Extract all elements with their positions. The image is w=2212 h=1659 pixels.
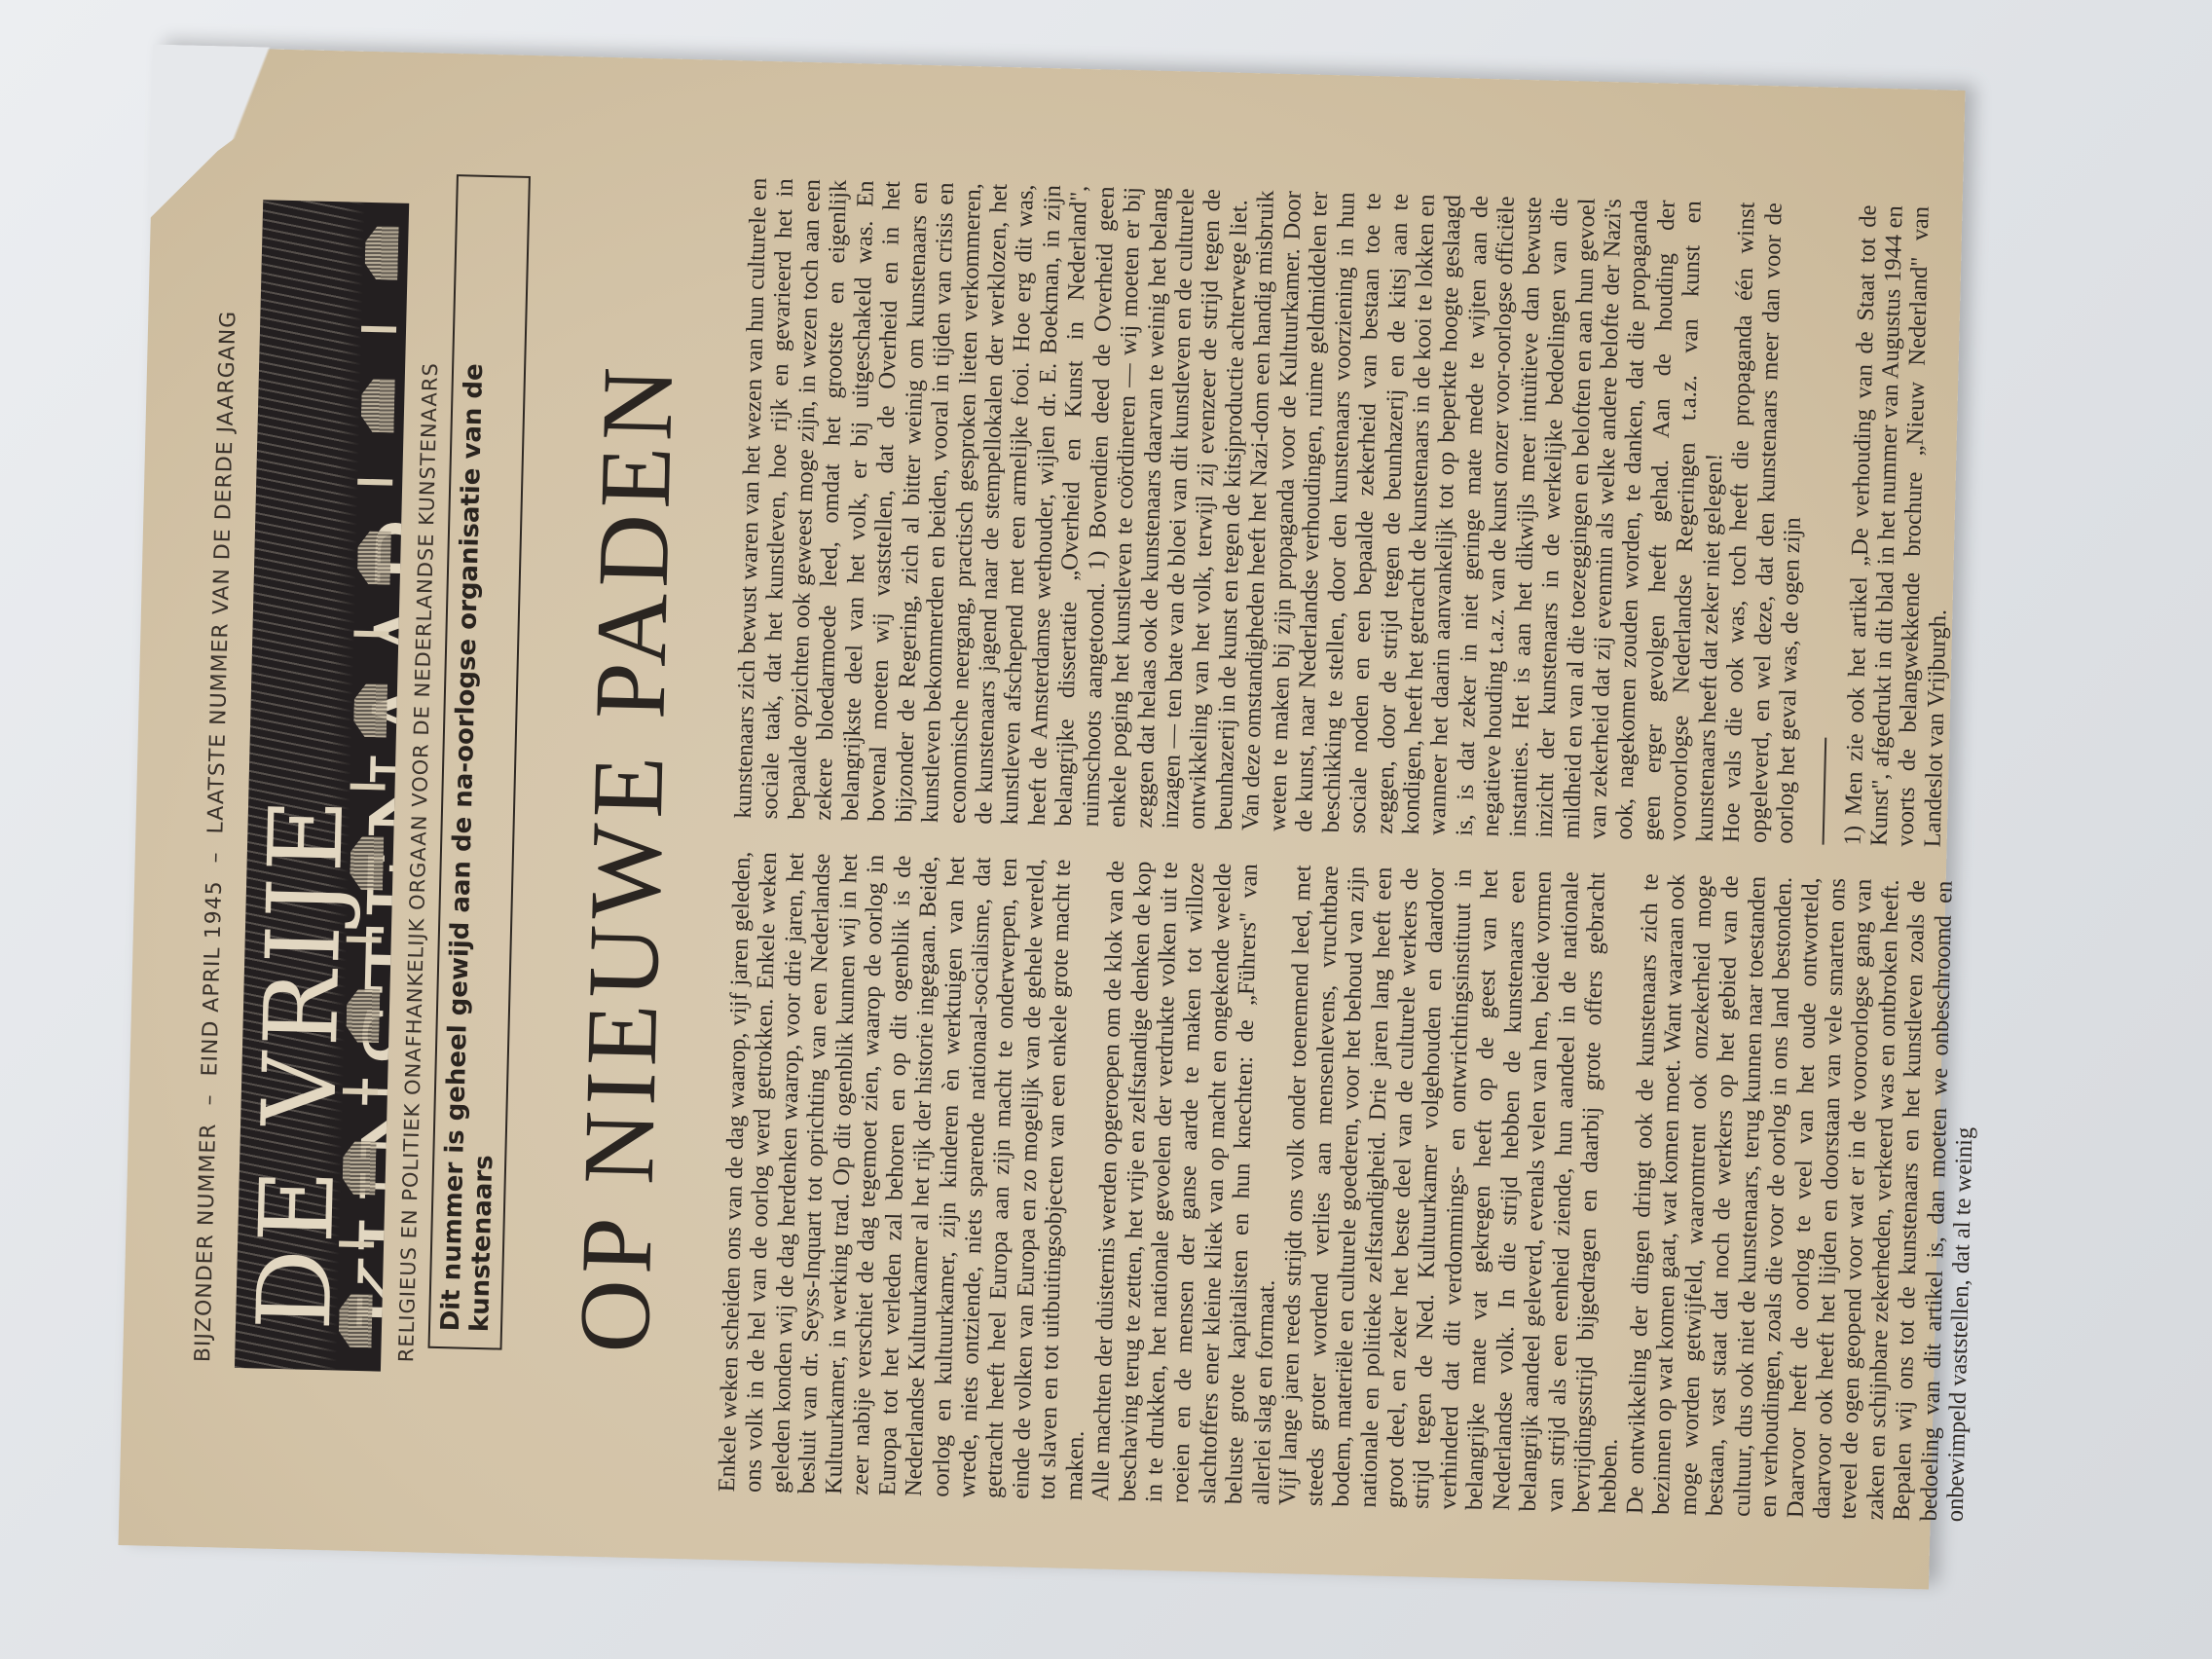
paragraph: Van deze omstandigheden heeft het Nazi-d… — [1237, 190, 1734, 842]
house-icon — [364, 226, 398, 280]
house-icon — [346, 988, 380, 1043]
house-icon — [353, 683, 387, 738]
dedication-box: Dit nummer is geheel gewijd aan de na-oo… — [428, 174, 531, 1349]
house-icon — [339, 1294, 373, 1348]
paragraph: Vijf lange jaren reeds strijdt ons volk … — [1274, 865, 1638, 1514]
issue-date: EIND APRIL 1945 — [198, 880, 227, 1077]
column-right: kunstenaars zich bewust waren van het we… — [730, 177, 2001, 848]
torn-corner — [149, 44, 377, 225]
newspaper-page: BIJZONDER NUMMER – EIND APRIL 1945 – LAA… — [118, 47, 1965, 1590]
footnote-divider — [1822, 738, 1826, 845]
house-icon — [342, 1141, 376, 1196]
issue-line: BIJZONDER NUMMER – EIND APRIL 1945 – LAA… — [191, 165, 244, 1362]
paragraph: Enkele weken scheiden ons van de dag waa… — [714, 851, 1103, 1500]
paragraph: Alle machten der duisternis werden opger… — [1088, 861, 1290, 1505]
paragraph: kunstenaars zich bewust waren van het we… — [730, 177, 1253, 830]
masthead-woodcut: DE VRIJE KUNSTENAAR — [235, 200, 409, 1371]
article-headline: OP NIEUWE PADEN — [556, 173, 701, 1354]
column-left: Enkele weken scheiden ons van de dag waa… — [714, 851, 1984, 1522]
edition-note: LAATSTE NUMMER VAN DE DERDE JAARGANG — [203, 310, 240, 833]
separator: – — [203, 851, 228, 864]
house-icon — [350, 836, 384, 891]
paragraph: De ontwikkeling der dingen dringt ook de… — [1622, 873, 1985, 1523]
separator: – — [198, 1093, 222, 1106]
house-icon — [357, 531, 391, 585]
house-icon — [360, 379, 394, 433]
footnote: 1) Men zie ook het artikel „De verhoudin… — [1839, 204, 1962, 847]
paragraph: Hoe vals die ook was, toch heeft die pro… — [1718, 202, 1814, 844]
issue-type: BIJZONDER NUMMER — [191, 1123, 221, 1362]
article-body: Enkele weken scheiden ons van de dag waa… — [714, 177, 2001, 1522]
